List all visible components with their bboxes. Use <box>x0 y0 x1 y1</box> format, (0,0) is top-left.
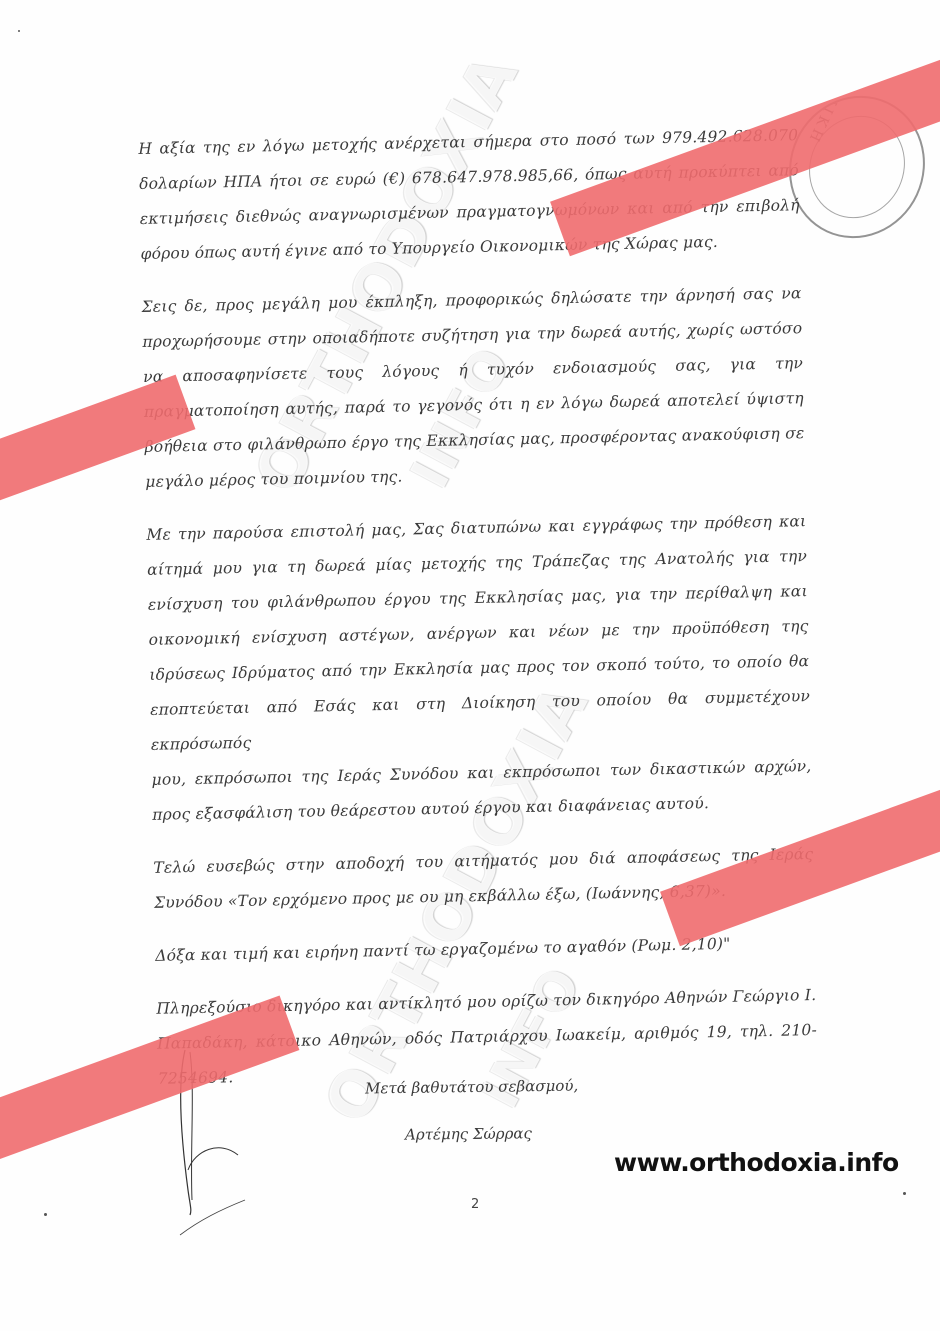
scan-speck <box>18 30 20 32</box>
scanned-letter-page: ORTHODOXIA INFO ORTHODOXIA INFO Η αξία τ… <box>0 0 940 1331</box>
page-number: 2 <box>471 1197 479 1212</box>
scan-speck <box>903 1192 906 1195</box>
scan-speck <box>44 1213 47 1216</box>
signer-name: Αρτέμης Σώρρας <box>405 1124 532 1143</box>
closing-salutation: Μετά βαθυτάτου σεβασμού, <box>365 1077 578 1098</box>
site-url-watermark: www.orthodoxia.info <box>614 1148 899 1177</box>
letter-body: Η αξία της εν λόγω μετοχής ανέρχεται σήμ… <box>138 118 818 1115</box>
letter-paragraph: Σεις δε, προς μεγάλη μου έκπληξη, προφορ… <box>141 276 805 500</box>
letter-paragraph: Με την παρούσα επιστολή μας, Σας διατυπώ… <box>146 504 812 833</box>
